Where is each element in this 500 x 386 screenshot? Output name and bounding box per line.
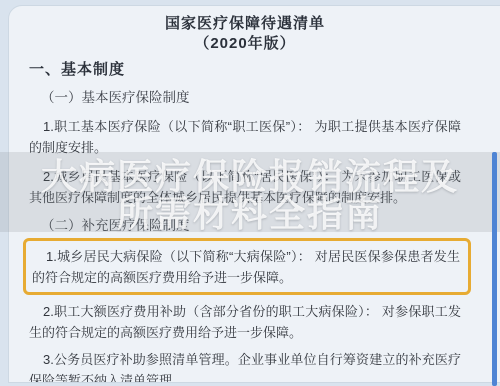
subsection-heading-supplementary-insurance: （二）补充医疗保险制度: [41, 216, 461, 236]
page-background: 国家医疗保障待遇清单 （2020年版） 一、基本制度 （一）基本医疗保险制度 1…: [0, 0, 500, 386]
paragraph-large-expense-subsidy: 2.职工大额医疗费用补助（含部分省份的职工大病保险）： 对参保职工发生的符合规定…: [29, 301, 461, 343]
paragraph-critical-illness-insurance: 1.城乡居民大病保险（以下简称“大病保险”）： 对居民医保参保患者发生的符合规定…: [32, 246, 460, 288]
doc-subtitle: （2020年版）: [29, 34, 461, 54]
section-heading-basic-systems: 一、基本制度: [29, 60, 461, 80]
highlight-box: 1.城乡居民大病保险（以下简称“大病保险”）： 对居民医保参保患者发生的符合规定…: [23, 238, 471, 295]
scrollbar-thumb[interactable]: [492, 152, 497, 386]
document-content: 国家医疗保障待遇清单 （2020年版） 一、基本制度 （一）基本医疗保险制度 1…: [29, 9, 461, 383]
paragraph-civil-servant-subsidy: 3.公务员医疗补助参照清单管理。企业事业单位自行筹资建立的补充医疗保险等暂不纳入…: [29, 349, 461, 383]
paragraph-employee-insurance: 1.职工基本医疗保险（以下简称“职工医保”）： 为职工提供基本医疗保障的制度安排…: [29, 116, 461, 158]
paragraph-resident-insurance: 2.城乡居民基本医疗保险（以下简称“居民医保”）： 为未参加职工医保或其他医疗保…: [29, 166, 461, 208]
doc-title: 国家医疗保障待遇清单: [29, 14, 461, 34]
subsection-heading-basic-medical-insurance: （一）基本医疗保险制度: [41, 88, 461, 108]
document-card: 国家医疗保障待遇清单 （2020年版） 一、基本制度 （一）基本医疗保险制度 1…: [8, 5, 500, 383]
